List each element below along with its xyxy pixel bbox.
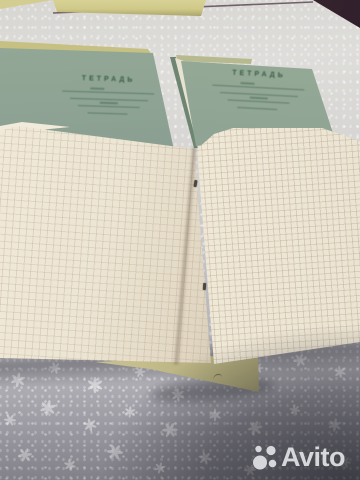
- left-cover-rule-line: [78, 105, 140, 108]
- staple-bottom: [203, 283, 206, 290]
- left-cover-rule-line: [62, 91, 154, 95]
- right-cover-fine-print: [250, 97, 268, 100]
- left-cover-fine-print: [100, 102, 118, 105]
- left-cover-rule-line: [70, 98, 148, 101]
- right-cover-rule-line: [228, 99, 290, 103]
- left-cover-fine-print: [90, 87, 104, 89]
- left-cover-rule-line: [88, 112, 128, 114]
- avito-logo-dots: [248, 442, 279, 473]
- avito-watermark: Avito: [248, 438, 360, 476]
- right-cover-fine-print: [240, 82, 254, 85]
- notebooks-photo: ТЕТРАДЬ ТЕТРАДЬ: [0, 0, 360, 480]
- right-cover-rule-line: [212, 85, 304, 91]
- left-cover-print: ТЕТРАДЬ: [59, 75, 156, 123]
- right-cover-rule-line: [237, 107, 277, 110]
- right-cover-print: ТЕТРАДЬ: [209, 69, 307, 119]
- avito-wordmark: Avito: [281, 442, 345, 473]
